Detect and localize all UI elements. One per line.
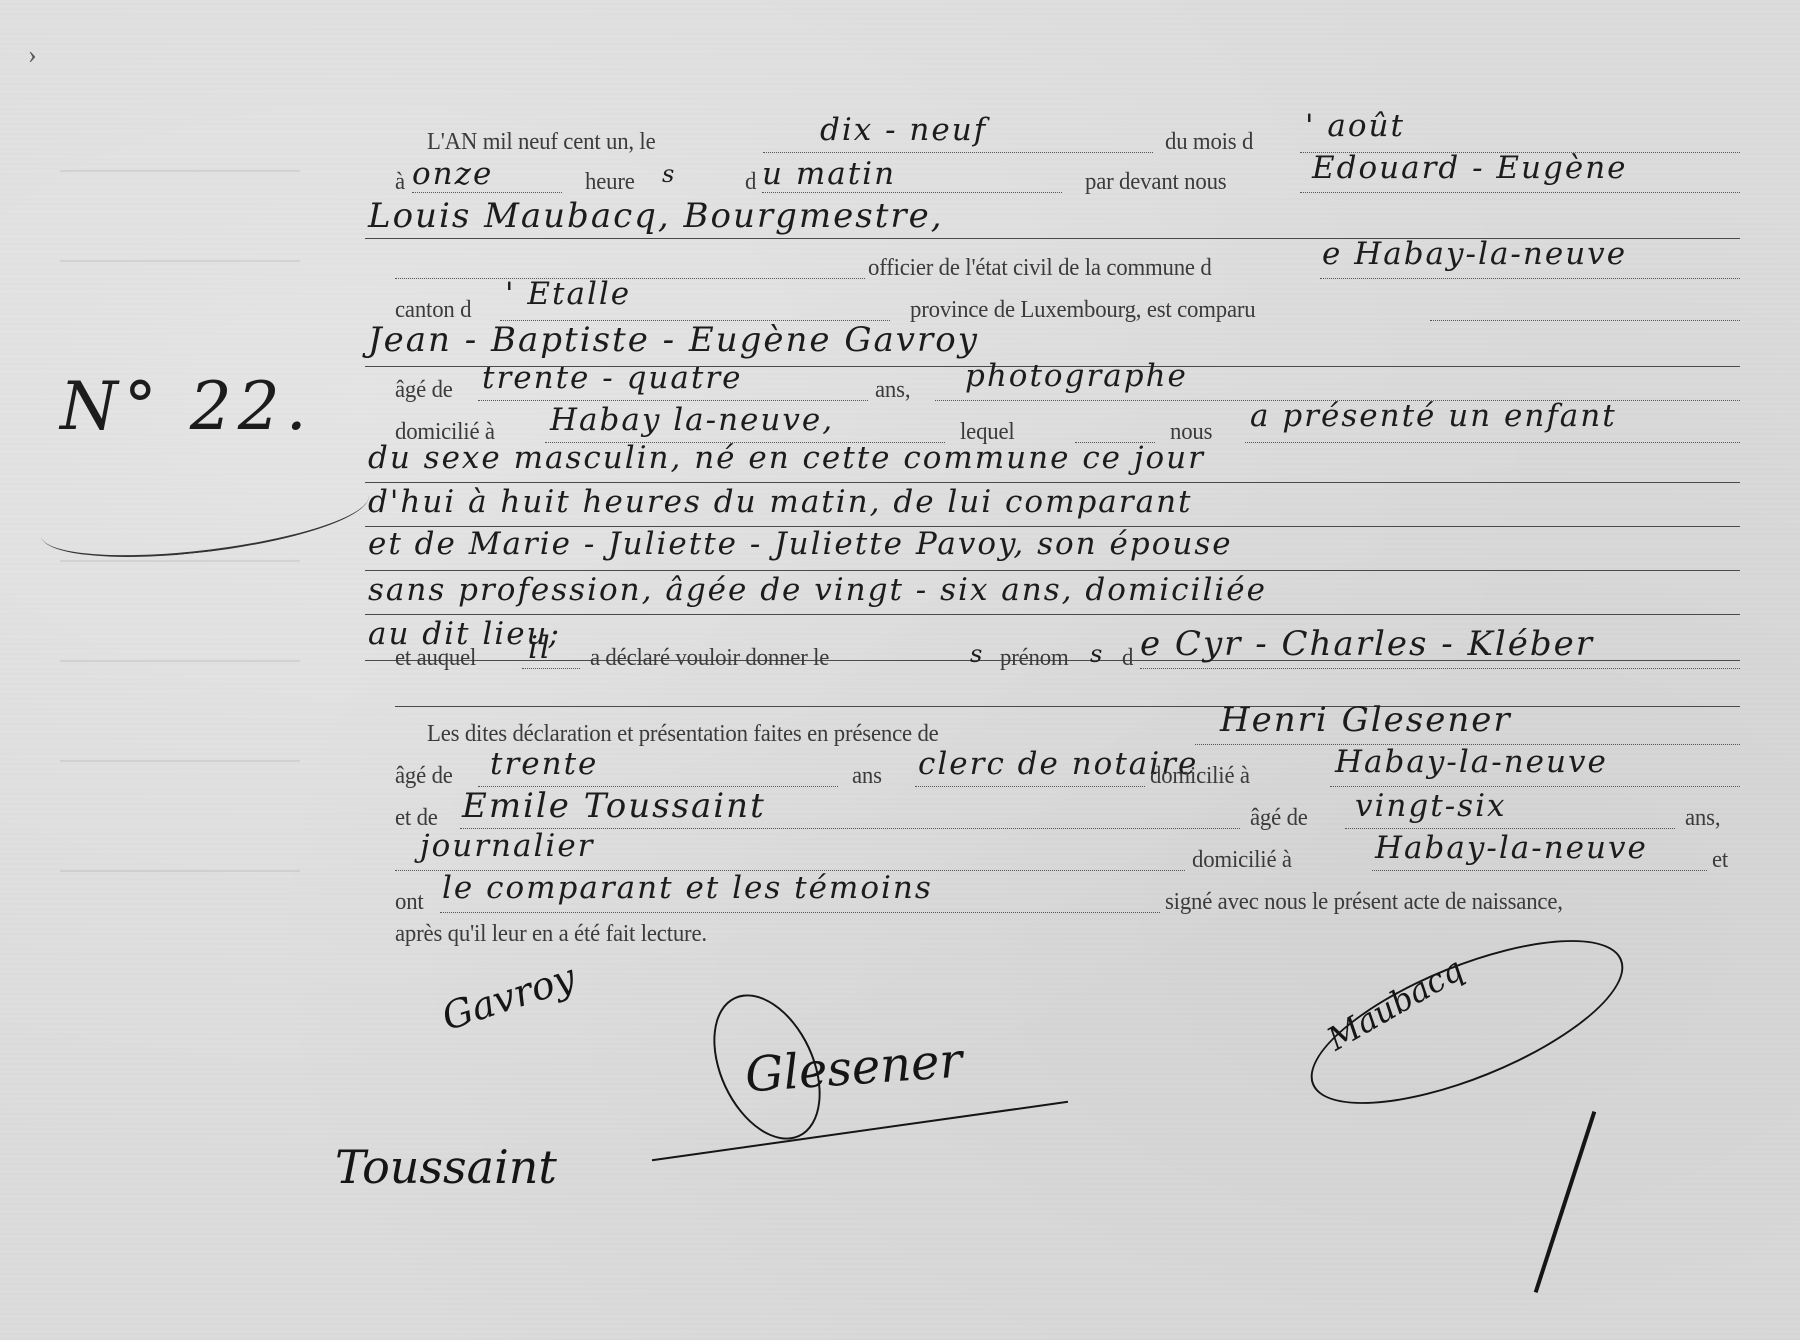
signature-officer-stroke [1534,1111,1597,1293]
printed-officer-text: officier de l'état civil de la commune d [868,254,1212,282]
hand-declarant-profession: photographe [965,358,1188,394]
bleed-through-line [60,870,300,872]
bleed-through-line [60,170,300,172]
hand-witness2-age: vingt-six [1355,788,1506,824]
printed-signed-text: signé avec nous le présent acte de naiss… [1165,888,1563,916]
hand-period: u matin [762,156,896,192]
printed-age-label: âgé de [1250,804,1308,832]
ruled-line [365,570,1740,571]
ruled-line [395,706,1740,707]
hand-child-names: e Cyr - Charles - Kléber [1140,624,1594,664]
hand-plural-s: s [1090,640,1104,668]
hand-article: s [970,640,984,668]
fill-line [1320,278,1740,279]
printed-ans: ans, [1685,804,1720,832]
hand-presented-text: a présenté un enfant [1250,398,1617,434]
printed-et: et [1712,846,1728,874]
hand-witness1-age: trente [490,746,598,782]
hand-child-sex: du sexe masculin, né en cette commune ce… [368,440,1205,476]
printed-par-devant-nous: par devant nous [1085,168,1226,196]
hand-canton: ' Etalle [505,276,631,312]
ruled-line [365,614,1740,615]
printed-witness-intro: Les dites déclaration et présentation fa… [427,720,939,748]
act-number: N° 22. [60,368,313,445]
hand-birth-time: d'hui à huit heures du matin, de lui com… [368,484,1193,520]
fill-line [1330,786,1740,787]
fill-line [522,668,580,669]
printed-domicile-label: domicilié à [1150,762,1250,790]
printed-month-text: du mois d [1165,128,1253,156]
hand-hour: onze [412,156,493,192]
fill-line [1300,192,1740,193]
margin-bracket-flourish [37,463,373,569]
hand-signers: le comparant et les témoins [442,870,933,906]
hand-witness1-domicile: Habay-la-neuve [1335,744,1608,780]
hand-witness2-profession: journalier [420,828,595,864]
hand-day: dix - neuf [820,112,987,148]
hand-declarant-name: Jean - Baptiste - Eugène Gavroy [368,320,979,360]
signature-declarant: Gavroy [437,955,581,1039]
printed-year-text: L'AN mil neuf cent un, le [427,128,656,156]
fill-line [762,192,1062,193]
fill-line [1140,668,1740,669]
hand-month: ' août [1305,108,1405,144]
fill-line [478,400,868,401]
printed-ans: ans, [875,376,910,404]
bleed-through-line [60,760,300,762]
hand-mother-name: et de Marie - Juliette - Juliette Pavoy,… [368,526,1233,562]
printed-ans: ans [852,762,882,790]
hand-declarant-age: trente - quatre [482,360,743,396]
printed-et-auquel: et auquel [395,644,476,672]
fill-line [1345,828,1675,829]
corner-mark: › [28,40,37,70]
hand-witness2-name: Emile Toussaint [462,786,766,826]
fill-line [412,192,562,193]
hand-commune: e Habay-la-neuve [1322,236,1627,272]
hand-witness2-domicile: Habay-la-neuve [1375,830,1648,866]
printed-closing-text: après qu'il leur en a été fait lecture. [395,920,707,948]
ruled-line [365,482,1740,483]
printed-prenom: prénom [1000,644,1068,672]
fill-line [1245,442,1740,443]
fill-line [1372,870,1707,871]
printed-ont: ont [395,888,424,916]
hand-plural: s [662,160,676,188]
printed-de: d [1122,644,1133,672]
printed-age-label: âgé de [395,762,453,790]
bleed-through-line [60,660,300,662]
hand-pronoun: il [528,630,552,666]
hand-declarant-domicile: Habay la-neuve, [550,402,834,438]
fill-line [1430,320,1740,321]
printed-hours: heure [585,168,635,196]
fill-line [915,786,1145,787]
signature-witness2: Toussaint [335,1140,557,1194]
bleed-through-line [60,260,300,262]
bleed-through-line [60,560,300,562]
hand-officer-rest: Louis Maubacq, Bourgmestre, [368,196,944,236]
printed-a: à [395,168,405,196]
printed-declared-text: a déclaré vouloir donner le [590,644,829,672]
hand-mother-details: sans profession, âgée de vingt - six ans… [368,572,1267,608]
document-page: › N° 22. L'AN mil neuf cent un, le dix -… [0,0,1800,1340]
signature-underline [652,1101,1068,1161]
fill-line [763,152,1153,153]
printed-age-label: âgé de [395,376,453,404]
printed-domicile-label: domicilié à [1192,846,1292,874]
fill-line [440,912,1160,913]
hand-officer-first: Edouard - Eugène [1312,150,1628,186]
printed-du: d [745,168,756,196]
hand-witness1-name: Henri Glesener [1220,700,1512,740]
